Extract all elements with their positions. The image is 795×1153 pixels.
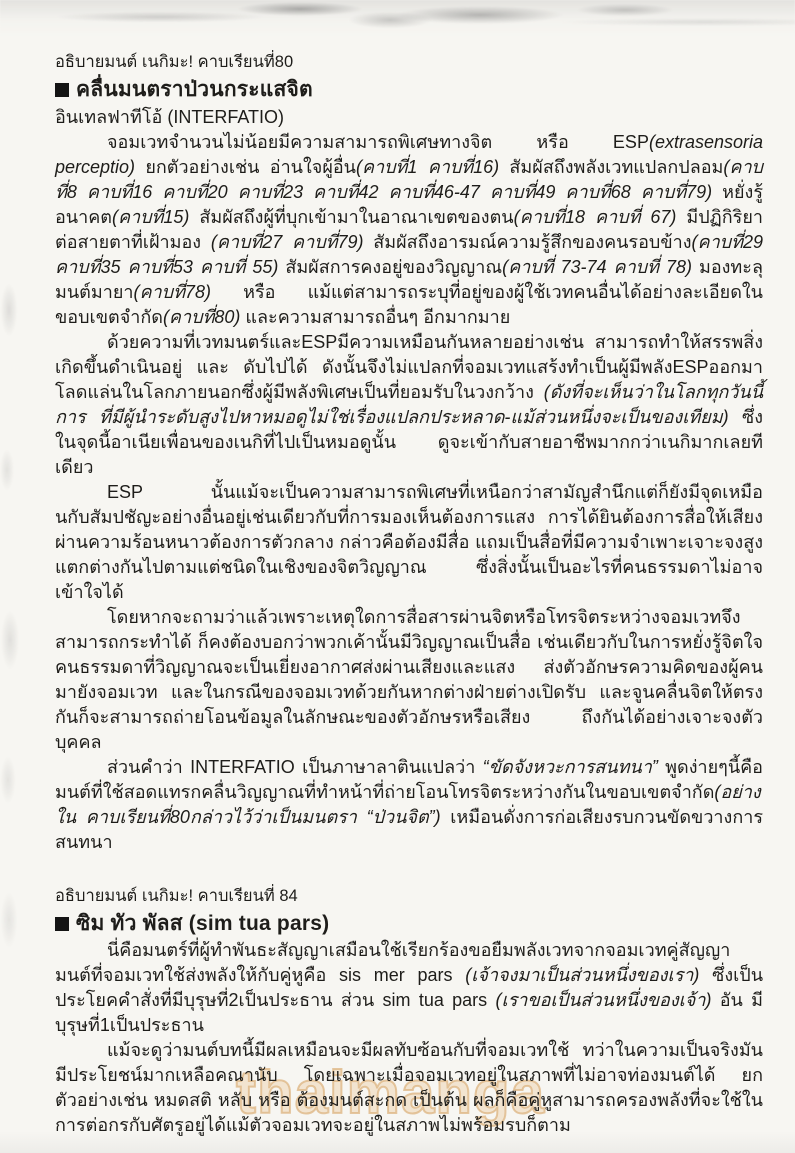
- square-bullet-icon: [55, 917, 69, 931]
- scan-artifact-top-edge: [0, 0, 795, 36]
- paragraph-italic-segment: (คาบที่80): [163, 307, 240, 327]
- section-header: อธิบายมนต์ เนกิมะ! คาบเรียนที่80: [55, 50, 763, 74]
- paragraph-italic-segment: (คาบที่1 คาบที่16): [356, 157, 499, 177]
- paragraph-segment: สัมผัสถึงอารมณ์ความรู้สึกของคนรอบข้าง: [364, 232, 692, 252]
- section-body: จอมเวทจำนวนไม่น้อยมีความสามารถพิเศษทางจิ…: [55, 130, 763, 855]
- section-header: อธิบายมนต์ เนกิมะ! คาบเรียนที่ 84: [55, 884, 763, 908]
- paragraph: ส่วนคำว่า INTERFATIO เป็นภาษาลาตินแปลว่า…: [55, 755, 763, 855]
- spell-section: อธิบายมนต์ เนกิมะ! คาบเรียนที่80 คลื่นมน…: [55, 50, 763, 855]
- paragraph-italic-segment: (คาบที่27 คาบที่79): [211, 232, 364, 252]
- paragraph-segment: และความสามารถอื่นๆ อีกมากมาย: [240, 307, 510, 327]
- section-title: ซิม ทัว พัลส (sim tua pars): [55, 909, 763, 938]
- paragraph-italic-segment: (เจ้าจงมาเป็นส่วนหนึ่งของเรา): [465, 965, 699, 985]
- section-title: คลื่นมนตราป่วนกระแสจิต: [55, 75, 763, 104]
- paragraph-segment: สัมผัสถึงพลังเวทแปลกปลอม: [499, 157, 723, 177]
- paragraph-segment: โดยหากจะถามว่าแล้วเพราะเหตุใดการสื่อสารผ…: [55, 607, 763, 752]
- paragraph: โดยหากจะถามว่าแล้วเพราะเหตุใดการสื่อสารผ…: [55, 605, 763, 755]
- section-title-text: ซิม ทัว พัลส (sim tua pars): [76, 912, 329, 935]
- paragraph-italic-segment: (เราขอเป็นส่วนหนึ่งของเจ้า): [495, 990, 711, 1010]
- spell-section: อธิบายมนต์ เนกิมะ! คาบเรียนที่ 84 ซิม ทั…: [55, 884, 763, 1138]
- paragraph-segment: จอมเวทจำนวนไม่น้อยมีความสามารถพิเศษทางจิ…: [107, 132, 649, 152]
- document-content: อธิบายมนต์ เนกิมะ! คาบเรียนที่80 คลื่นมน…: [55, 50, 763, 1138]
- scan-artifact-left-edge: [0, 220, 34, 980]
- paragraph: แม้จะดูว่ามนต์บทนี้มีผลเหมือนจะมีผลทับซ้…: [55, 1038, 763, 1138]
- paragraph-italic-segment: (คาบที่18 คาบที่ 67): [514, 207, 677, 227]
- paragraph-segment: ยกตัวอย่างเช่น อ่านใจผู้อื่น: [135, 157, 356, 177]
- paragraph: นี่คือมนตร์ที่ผู้ทำพันธะสัญญาเสมือนใช้เร…: [55, 938, 763, 1038]
- square-bullet-icon: [55, 83, 69, 97]
- paragraph: ด้วยความที่เวทมนตร์และESPมีความเหมือนกัน…: [55, 330, 763, 480]
- paragraph-segment: แม้จะดูว่ามนต์บทนี้มีผลเหมือนจะมีผลทับซ้…: [55, 1040, 763, 1135]
- paragraph-italic-segment: (คาบที่ 73-74 คาบที่ 78): [502, 257, 692, 277]
- paragraph-segment: สัมผัสถึงผู้ที่บุกเข้ามาในอาณาเขตของตน: [189, 207, 513, 227]
- paragraph-italic-segment: (คาบที่78): [134, 282, 211, 302]
- paragraph: ESP นั้นแม้จะเป็นความสามารถพิเศษที่เหนือ…: [55, 480, 763, 605]
- paragraph-italic-segment: (คาบที่15): [112, 207, 189, 227]
- paragraph-segment: ส่วนคำว่า INTERFATIO เป็นภาษาลาตินแปลว่า: [107, 757, 483, 777]
- section-body: นี่คือมนตร์ที่ผู้ทำพันธะสัญญาเสมือนใช้เร…: [55, 938, 763, 1138]
- scanned-page: thaimanga อธิบายมนต์ เนกิมะ! คาบเรียนที่…: [0, 0, 795, 1153]
- paragraph-segment: ESP นั้นแม้จะเป็นความสามารถพิเศษที่เหนือ…: [55, 482, 763, 602]
- section-subtitle: อินเทลฟาทีโอ้ (INTERFATIO): [55, 104, 763, 130]
- paragraph-italic-segment: “ขัดจังหวะการสนทนา”: [483, 757, 658, 777]
- paragraph-segment: สัมผัสการคงอยู่ของวิญญาณ: [278, 257, 502, 277]
- section-title-text: คลื่นมนตราป่วนกระแสจิต: [76, 78, 313, 101]
- paragraph: จอมเวทจำนวนไม่น้อยมีความสามารถพิเศษทางจิ…: [55, 130, 763, 330]
